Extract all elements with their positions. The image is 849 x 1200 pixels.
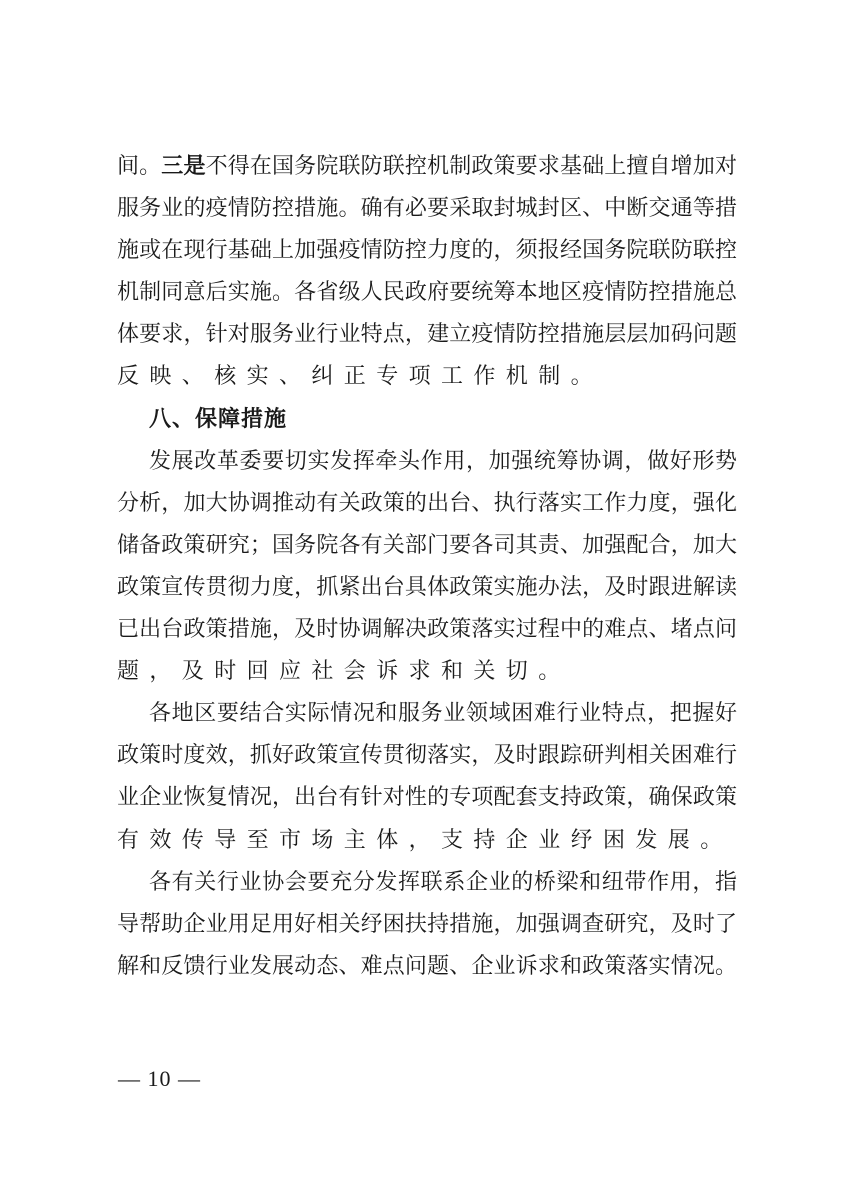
text-line: 解和反馈行业发展动态、难点问题、企业诉求和政策落实情况。: [117, 946, 737, 988]
text-line: 分析，加大协调推动有关政策的出台、执行落实工作力度，强化: [117, 483, 737, 525]
text-line: 体要求，针对服务业行业特点，建立疫情防控措施层层加码问题: [117, 314, 737, 356]
text-line: 业企业恢复情况，出台有针对性的专项配套支持政策，确保政策: [117, 777, 737, 819]
text-line: 服务业的疫情防控措施。确有必要采取封城封区、中断交通等措: [117, 188, 737, 230]
text-line: 各地区要结合实际情况和服务业领域困难行业特点，把握好: [117, 693, 737, 735]
paragraph: 各地区要结合实际情况和服务业领域困难行业特点，把握好 政策时度效，抓好政策宣传贯…: [117, 693, 737, 861]
text-line: 政策时度效，抓好政策宣传贯彻落实，及时跟踪研判相关困难行: [117, 735, 737, 777]
text-line: 有效传导至市场主体，支持企业纾困发展。: [117, 820, 737, 862]
bold-emphasis: 三是: [161, 154, 205, 179]
text-line: 施或在现行基础上加强疫情防控力度的，须报经国务院联防联控: [117, 230, 737, 272]
text-line: 发展改革委要切实发挥牵头作用，加强统筹协调，做好形势: [117, 441, 737, 483]
text-line: 政策宣传贯彻力度，抓紧出台具体政策实施办法，及时跟进解读: [117, 567, 737, 609]
text-line: 储备政策研究；国务院各有关部门要各司其责、加强配合，加大: [117, 525, 737, 567]
section-heading: 八、保障措施: [117, 399, 737, 441]
text-line: 间。三是不得在国务院联防联控机制政策要求基础上擅自增加对: [117, 146, 737, 188]
text-line: 导帮助企业用足用好相关纾困扶持措施，加强调查研究，及时了: [117, 904, 737, 946]
paragraph: 各有关行业协会要充分发挥联系企业的桥梁和纽带作用，指 导帮助企业用足用好相关纾困…: [117, 862, 737, 988]
document-body: 间。三是不得在国务院联防联控机制政策要求基础上擅自增加对 服务业的疫情防控措施。…: [117, 146, 737, 988]
text-line: 各有关行业协会要充分发挥联系企业的桥梁和纽带作用，指: [117, 862, 737, 904]
text-prefix: 间。: [117, 154, 161, 179]
text-line: 已出台政策措施，及时协调解决政策落实过程中的难点、堵点问: [117, 609, 737, 651]
paragraph: 发展改革委要切实发挥牵头作用，加强统筹协调，做好形势 分析，加大协调推动有关政策…: [117, 441, 737, 694]
text-rest: 不得在国务院联防联控机制政策要求基础上擅自增加对: [206, 154, 737, 179]
page-number: — 10 —: [118, 1066, 201, 1092]
text-line: 反映、核实、纠正专项工作机制。: [117, 356, 737, 398]
text-line: 题，及时回应社会诉求和关切。: [117, 651, 737, 693]
text-line: 机制同意后实施。各省级人民政府要统筹本地区疫情防控措施总: [117, 272, 737, 314]
